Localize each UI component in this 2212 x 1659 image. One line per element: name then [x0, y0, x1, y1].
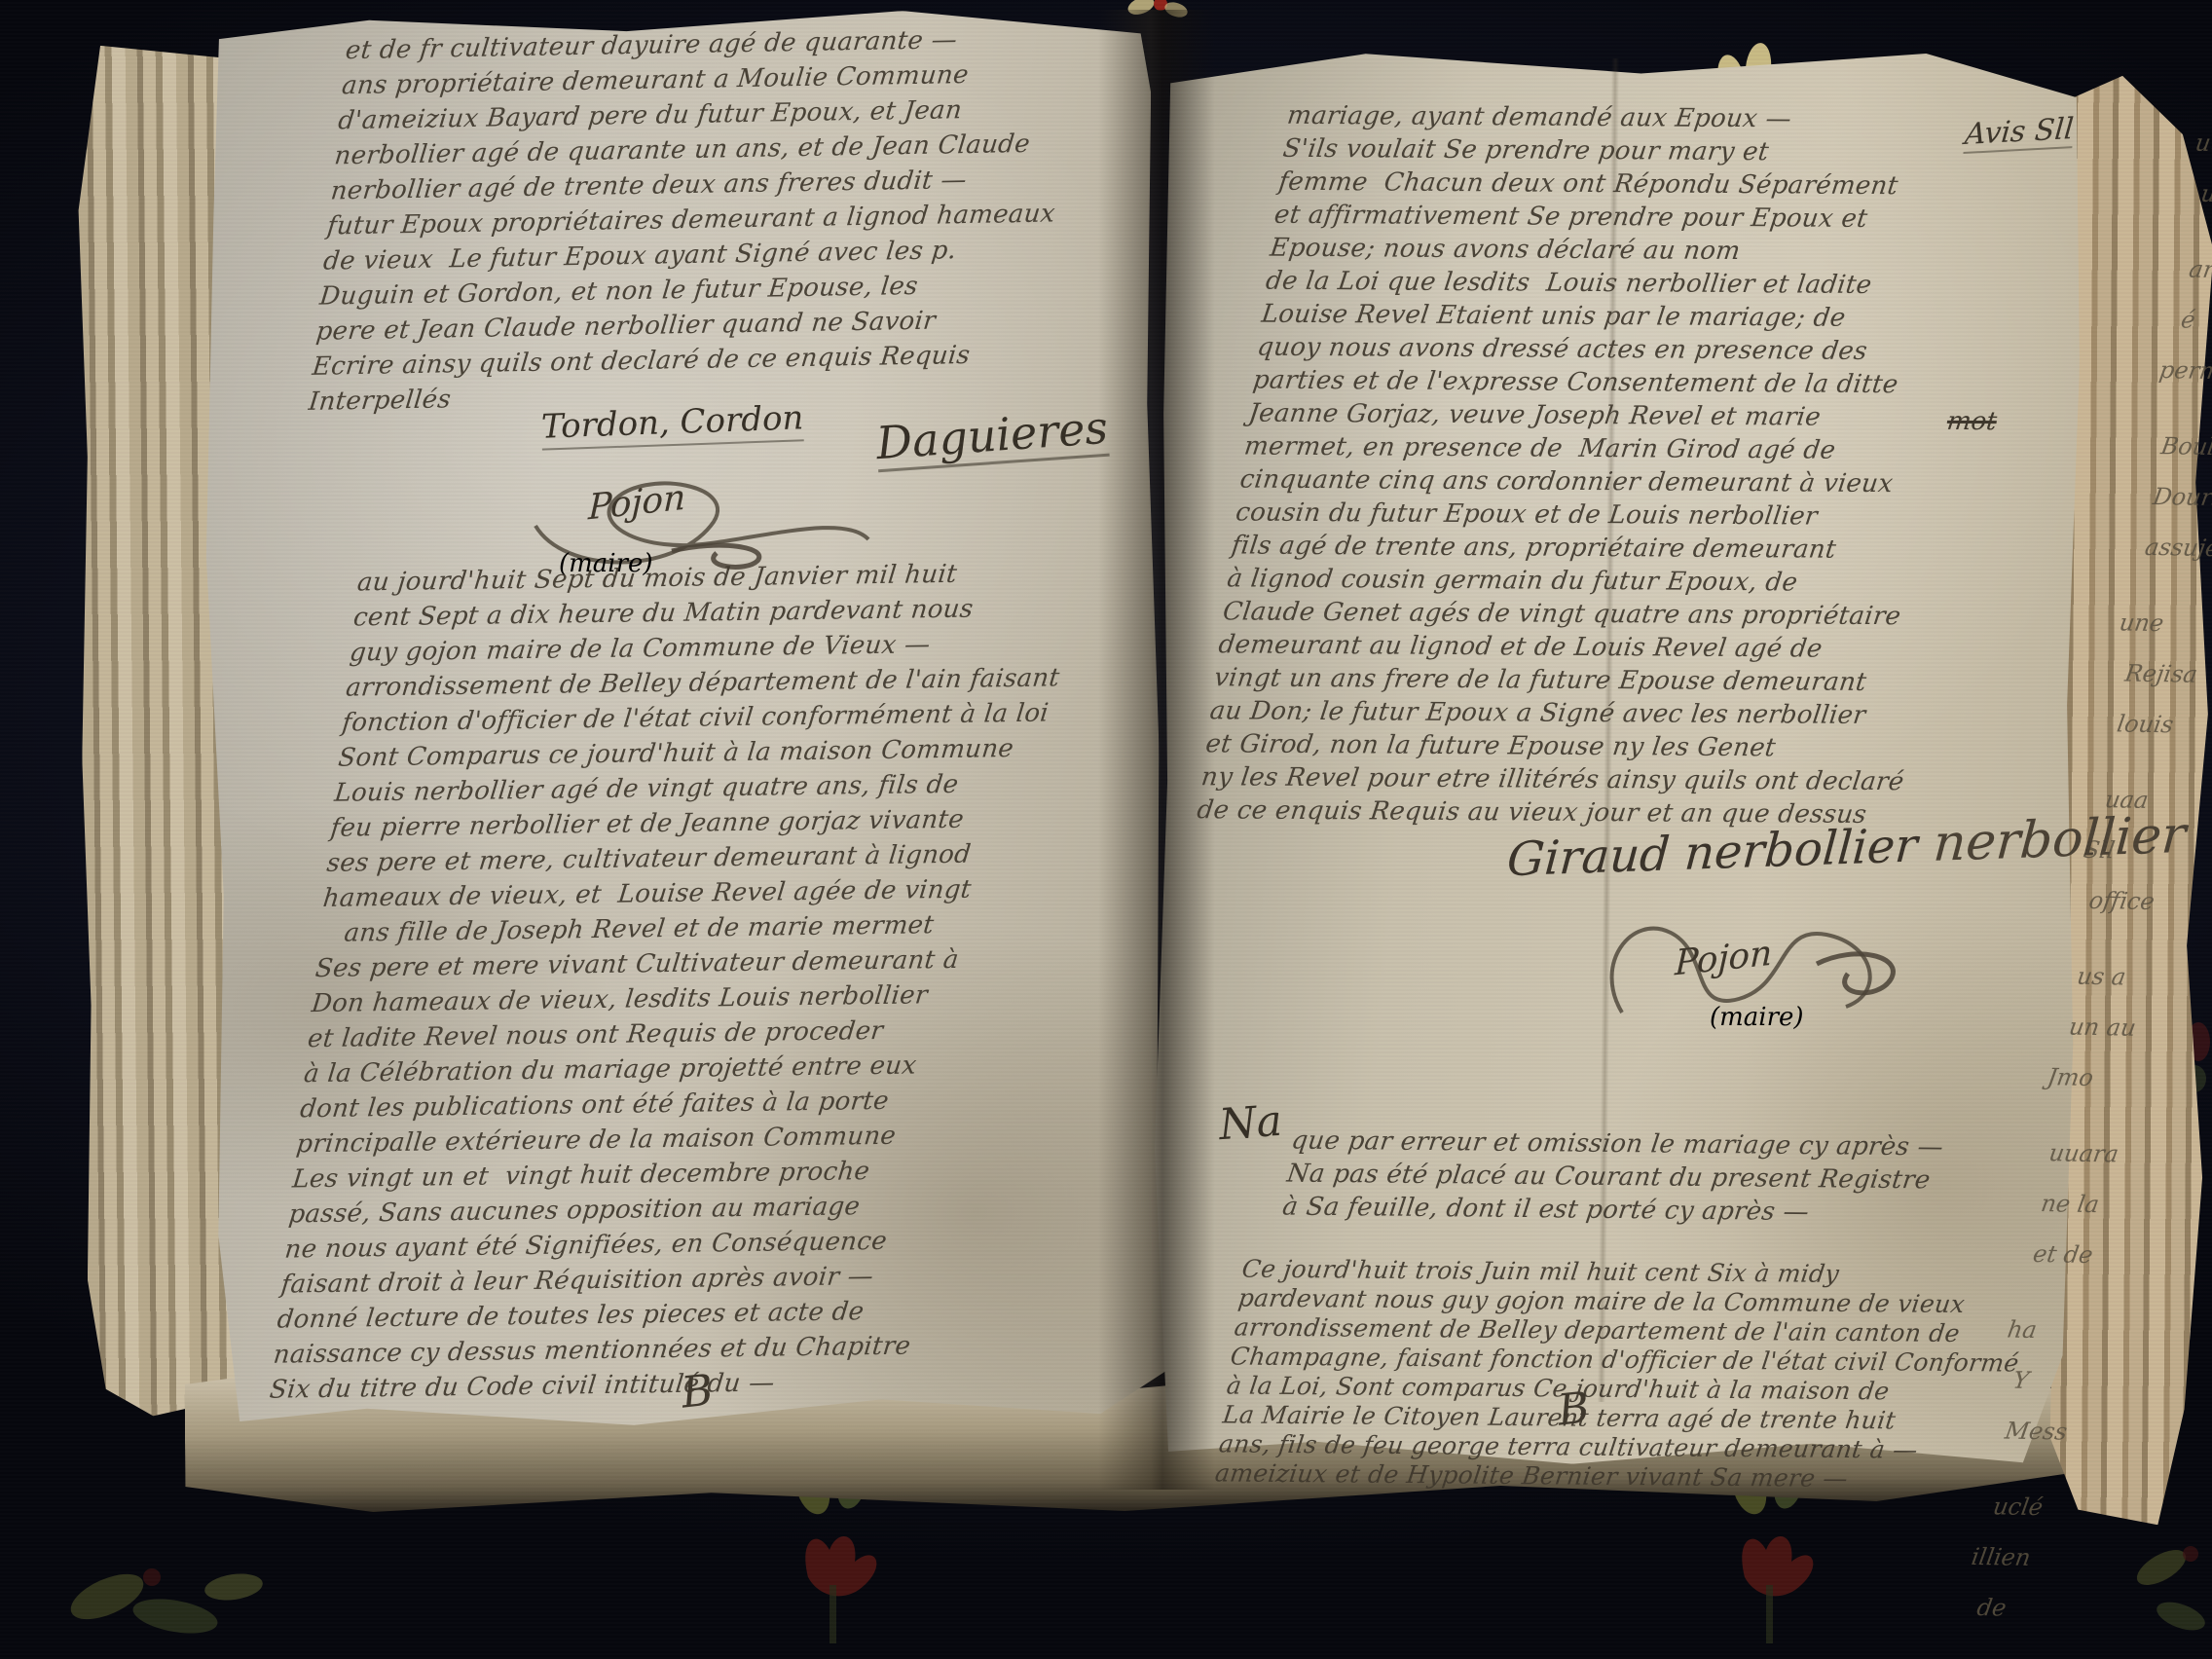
manuscript-line: mariage, ayant demandé aux Epoux — [1285, 99, 1992, 137]
manuscript-line: ny les Revel pour etre illitérés ainsy q… [1199, 760, 1906, 798]
manuscript-line: femme Chacun deux ont Répondu Séparément [1276, 166, 1983, 203]
edge-fragment: us a [2073, 951, 2197, 1004]
edge-fragment: Mess [2002, 1406, 2126, 1458]
witness-signature-large: Daguieres [876, 409, 1108, 464]
edge-fragment: permis [2156, 345, 2212, 397]
signature-daguieres: Daguieres [874, 401, 1110, 472]
manuscript-line: au Don; le futur Epoux a Signé avec les … [1208, 694, 1915, 732]
embroidered-flower-icon [1122, 0, 1190, 31]
witness-signatures: Tordon, Cordon [540, 398, 804, 446]
signature-tordon-cordon: Tordon, Cordon [540, 398, 804, 450]
mayor-title: (maire) [1710, 1003, 1804, 1032]
edge-fragment: office [2085, 875, 2210, 928]
manuscript-line: fils agé de trente ans, propriétaire dem… [1230, 529, 1936, 567]
manuscript-line: cinquante cinq ans cordonnier demeurant … [1238, 462, 1945, 500]
edge-fragment: Boulés [2157, 421, 2212, 473]
manuscript-line: de la Loi que lesdits Louis nerbollier e… [1264, 265, 1971, 303]
edge-fragment: un Sll [2197, 168, 2212, 221]
edge-fragment: uclé [1989, 1481, 2114, 1533]
right-page-second-act-text: Ce jourd'huit trois Juin mil huit cent S… [1213, 1255, 2032, 1495]
edge-fragment: uuats [2192, 118, 2212, 170]
edge-fragment: louis [2114, 698, 2212, 751]
left-page-fragment-text: et de fr cultivateur dayuire agé de quar… [307, 20, 1075, 420]
manuscript-line: parties et de l'expresse Consentement de… [1251, 364, 1958, 402]
right-page-act-text: mariage, ayant demandé aux Epoux —S'ils … [1195, 99, 1991, 831]
edge-fragment: ne la [2038, 1178, 2162, 1231]
margin-note: Avis Sll [1963, 112, 2075, 154]
left-page-act-text: au jourd'huit Sept du mois de Janvier mi… [268, 555, 1073, 1408]
edge-fragment: uuara [2046, 1127, 2170, 1180]
edge-fragment: illien [1968, 1531, 2106, 1584]
manuscript-line: S'ils voulait Se prendre pour mary et [1281, 132, 1988, 170]
edge-fragment: une [2116, 597, 2212, 649]
edge-fragment: assujein [2141, 522, 2212, 574]
manuscript-line: demeurant au lignod et de Louis Revel ag… [1217, 628, 1924, 666]
manuscript-line: vingt un ans frere de la future Epouse d… [1212, 661, 1919, 699]
edge-fragment: Rejisa [2121, 648, 2212, 701]
signature-nerbollier-second: nerbollier [1915, 806, 2188, 874]
edge-fragment: Y [2009, 1355, 2134, 1408]
mayor-paraph-right: Pojon (maire) [1593, 905, 1943, 1051]
manuscript-line: Jeanne Gorjaz, veuve Joseph Revel et mar… [1246, 397, 1953, 435]
manuscript-line: quoy nous avons dressé actes en presence… [1255, 331, 1962, 369]
edge-fragment: Dours [2150, 471, 2212, 524]
manuscript-line: et Girod, non la future Epouse ny les Ge… [1203, 727, 1910, 765]
photo-canvas: uuatsun SllarépermisBoulésDoursassujeinu… [0, 0, 2212, 1659]
embroidered-leaves-icon [58, 1538, 273, 1659]
edge-fragment: un au [2065, 1002, 2190, 1054]
edge-fragment: et de [2029, 1229, 2154, 1281]
struck-out-word: mot [1945, 407, 1999, 436]
manuscript-line: mermet, en presence de Marin Girod agé d… [1242, 430, 1949, 468]
manuscript-line: et affirmativement Se prendre pour Epoux… [1272, 199, 1979, 237]
manuscript-line: cousin du futur Epoux et de Louis nerbol… [1234, 496, 1940, 534]
edge-fragment: Jmo [2044, 1051, 2182, 1104]
edge-fragment: de [1973, 1582, 2098, 1635]
manuscript-line: à Sa feuille, dont il est porté cy après… [1280, 1190, 1936, 1230]
manuscript-line: Epouse; nous avons déclaré au nom [1268, 232, 1974, 270]
manuscript-line: Louise Revel Etaient unis par le mariage… [1260, 298, 1967, 336]
closing-flourish: B [1555, 1382, 1591, 1435]
manuscript-line: à lignod cousin germain du futur Epoux, … [1225, 562, 1932, 600]
nota-text: que par erreur et omission le mariage cy… [1280, 1124, 1945, 1231]
closing-flourish: B [679, 1365, 715, 1418]
nota-label: Na [1217, 1096, 1283, 1150]
embroidered-leaves-icon [2122, 1519, 2212, 1659]
manuscript-line: Claude Genet agés de vingt quatre ans pr… [1221, 595, 1928, 633]
